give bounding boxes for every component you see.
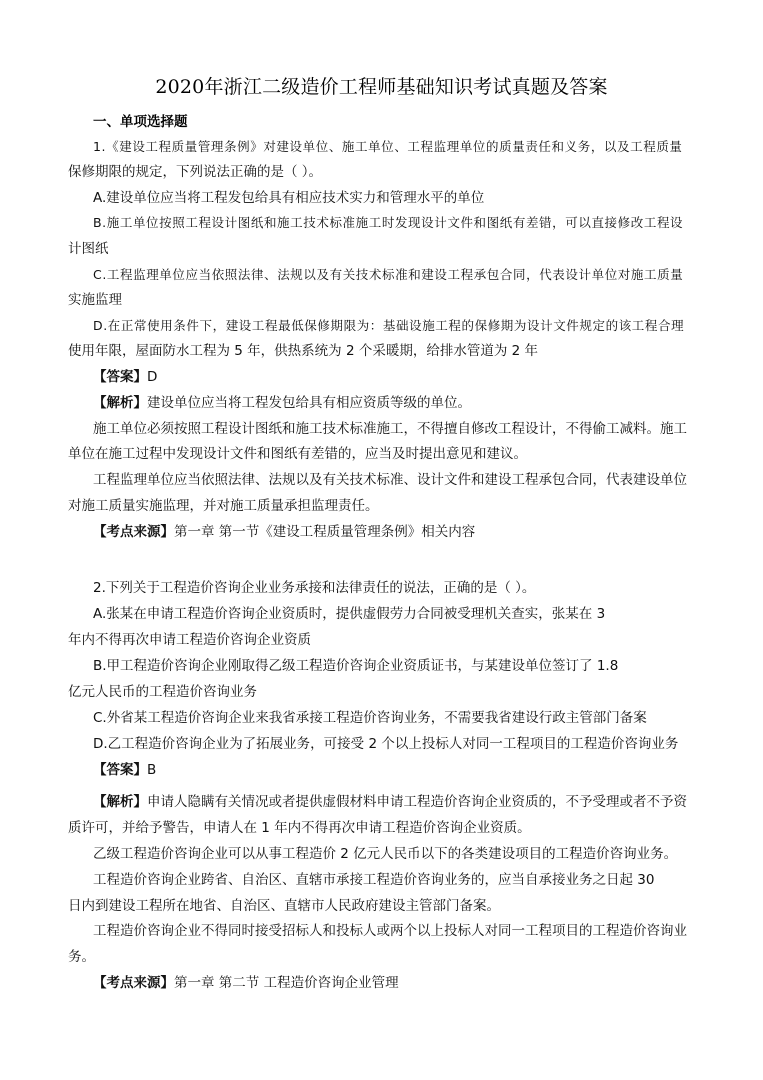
q2-analysis-line-5: 日内到建设工程所在地省、自治区、直辖市人民政府建设主管部门备案。	[68, 897, 500, 915]
q2-analysis-line-1: 【解析】申请人隐瞒有关情况或者提供虚假材料申请工程造价咨询企业资质的，不予受理或…	[93, 793, 687, 811]
q1-source: 【考点来源】第一章 第一节《建设工程质量管理条例》相关内容	[93, 523, 475, 541]
q2-source: 【考点来源】第一章 第二节 工程造价咨询企业管理	[93, 974, 399, 992]
analysis-label: 【解析】	[93, 794, 147, 810]
q1-option-b-line-1: B.施工单位按照工程设计图纸和施工技术标准施工时发现设计文件和图纸有差错，可以直…	[93, 214, 683, 232]
source-text: 第一章 第二节 工程造价咨询企业管理	[174, 975, 399, 991]
q2-option-d: D.乙工程造价咨询企业为了拓展业务，可接受 2 个以上投标人对同一工程项目的工程…	[93, 735, 678, 753]
q1-answer: 【答案】D	[93, 368, 157, 386]
q2-analysis-line-6: 工程造价咨询企业不得同时接受招标人和投标人或两个以上投标人对同一工程项目的工程造…	[93, 922, 687, 940]
source-label: 【考点来源】	[93, 524, 174, 540]
document-page: 2020年浙江二级造价工程师基础知识考试真题及答案 一、单项选择题 1.《建设工…	[0, 0, 763, 1080]
q2-option-a-line-2: 年内不得再次申请工程造价咨询企业资质	[68, 631, 311, 649]
q1-analysis-line-3: 单位在施工过程中发现设计文件和图纸有差错的，应当及时提出意见和建议。	[68, 445, 527, 463]
q2-option-a-line-1: A.张某在申请工程造价咨询企业资质时，提供虚假劳力合同被受理机关查实，张某在 3	[93, 605, 605, 623]
document-title: 2020年浙江二级造价工程师基础知识考试真题及答案	[0, 72, 763, 99]
answer-label: 【答案】	[93, 762, 147, 778]
section-heading: 一、单项选择题	[93, 110, 188, 130]
answer-value: D	[147, 369, 157, 385]
q1-option-d-line-1: D.在正常使用条件下，建设工程最低保修期限为：基础设施工程的保修期为设计文件规定…	[93, 317, 684, 335]
q2-analysis-line-7: 务。	[68, 948, 95, 966]
q1-analysis-line-2: 施工单位必须按照工程设计图纸和施工技术标准施工，不得擅自修改工程设计，不得偷工减…	[93, 420, 687, 438]
q1-option-a: A.建设单位应当将工程发包给具有相应技术实力和管理水平的单位	[93, 189, 484, 207]
analysis-text: 建设单位应当将工程发包给具有相应资质等级的单位。	[147, 395, 471, 411]
q2-option-c: C.外省某工程造价咨询企业来我省承接工程造价咨询业务，不需要我省建设行政主管部门…	[93, 709, 647, 727]
answer-label: 【答案】	[93, 369, 147, 385]
q2-analysis-line-2: 质许可，并给予警告，申请人在 1 年内不得再次申请工程造价咨询企业资质。	[68, 819, 531, 837]
analysis-label: 【解析】	[93, 395, 147, 411]
q1-analysis-line-5: 对施工质量实施监理，并对施工质量承担监理责任。	[68, 497, 379, 515]
q1-option-b-line-2: 计图纸	[68, 240, 109, 258]
analysis-text: 申请人隐瞒有关情况或者提供虚假材料申请工程造价咨询企业资质的，不予受理或者不予资	[147, 794, 687, 810]
q1-option-c-line-2: 实施监理	[68, 291, 122, 309]
q2-option-b-line-2: 亿元人民币的工程造价咨询业务	[68, 683, 257, 701]
q1-option-d-line-2: 使用年限，屋面防水工程为 5 年，供热系统为 2 个采暖期，给排水管道为 2 年	[68, 342, 538, 360]
q2-stem-line-1: 2.下列关于工程造价咨询企业业务承接和法律责任的说法，正确的是（ ）。	[93, 579, 535, 597]
q1-analysis-line-4: 工程监理单位应当依照法律、法规以及有关技术标准、设计文件和建设工程承包合同，代表…	[93, 471, 687, 489]
q2-analysis-line-4: 工程造价咨询企业跨省、自治区、直辖市承接工程造价咨询业务的，应当自承接业务之日起…	[93, 871, 654, 889]
answer-value: B	[147, 762, 156, 778]
source-label: 【考点来源】	[93, 975, 174, 991]
q1-stem-line-2: 保修期限的规定，下列说法正确的是（ ）。	[68, 163, 322, 181]
q2-analysis-line-3: 乙级工程造价咨询企业可以从事工程造价 2 亿元人民币以下的各类建设项目的工程造价…	[93, 845, 677, 863]
q2-option-b-line-1: B.甲工程造价咨询企业刚取得乙级工程造价咨询企业资质证书，与某建设单位签订了 1…	[93, 657, 618, 675]
q2-answer: 【答案】B	[93, 761, 156, 779]
source-text: 第一章 第一节《建设工程质量管理条例》相关内容	[174, 524, 475, 540]
q1-option-c-line-1: C.工程监理单位应当依照法律、法规以及有关技术标准和建设工程承包合同，代表设计单…	[93, 266, 683, 284]
q1-analysis-line-1: 【解析】建设单位应当将工程发包给具有相应资质等级的单位。	[93, 394, 471, 412]
q1-stem-line-1: 1.《建设工程质量管理条例》对建设单位、施工单位、工程监理单位的质量责任和义务，…	[93, 138, 683, 156]
